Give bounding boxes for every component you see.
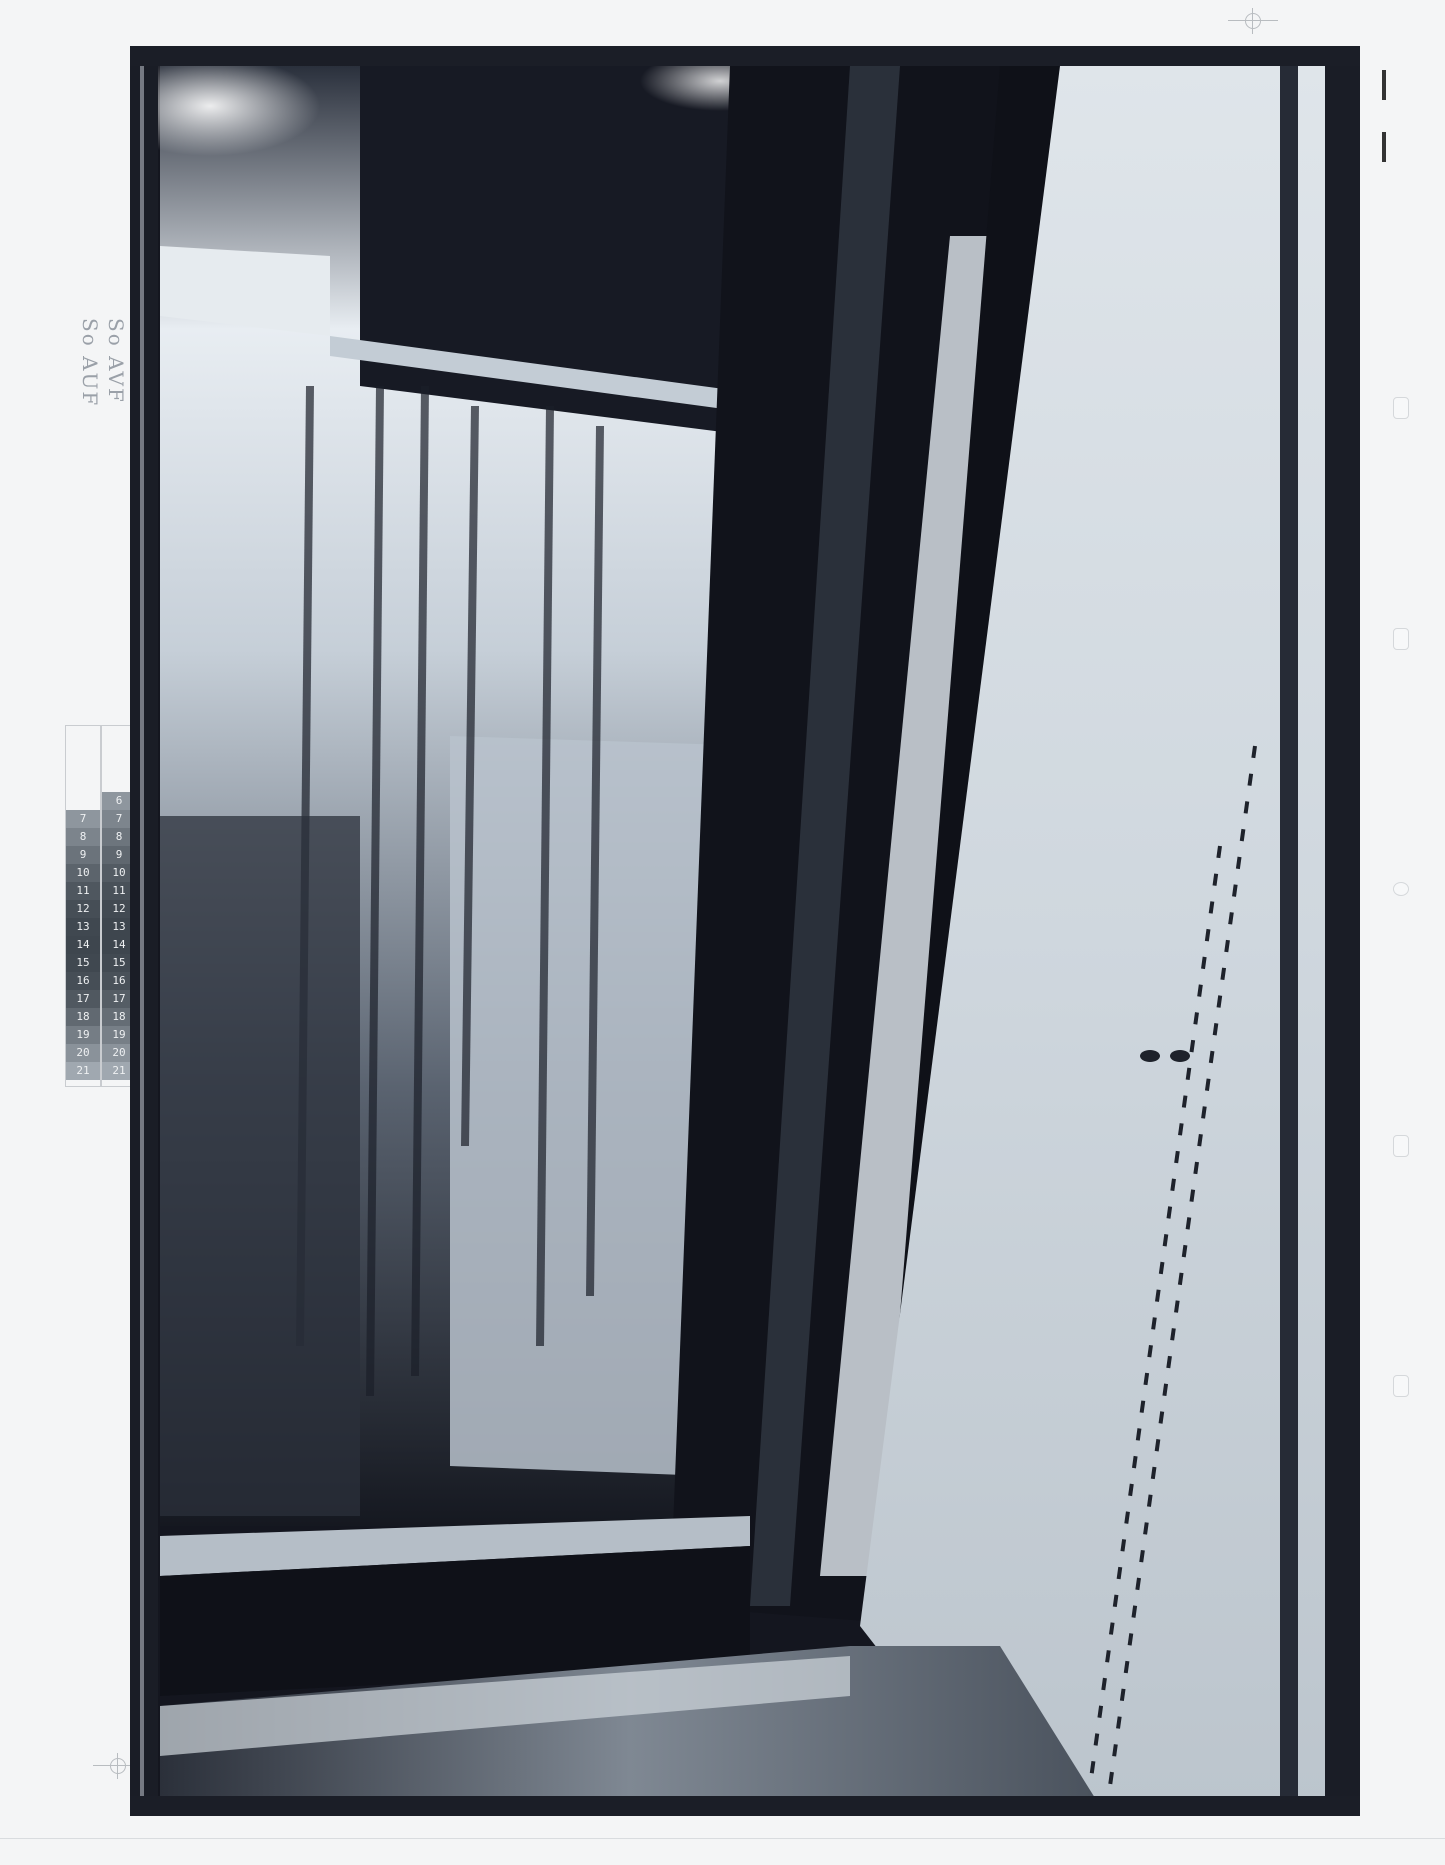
strip-cell: 21: [66, 1062, 100, 1080]
strip-cell: 8: [66, 828, 100, 846]
strip-cell: 16: [66, 972, 100, 990]
strip-cell: 15: [66, 954, 100, 972]
strip-cell: 13: [66, 918, 100, 936]
strip-cell: 19: [66, 1026, 100, 1044]
strip-cell: 14: [66, 936, 100, 954]
strip-cell: 9: [66, 846, 100, 864]
strip-cell: 10: [66, 864, 100, 882]
handwritten-note: So AVF: [104, 318, 128, 404]
strip-cell: 20: [66, 1044, 100, 1062]
strip-cell: 12: [66, 900, 100, 918]
punch-hole-icon: [1393, 628, 1409, 650]
handwritten-note: So AUF: [78, 318, 102, 407]
paper-fold-line: [0, 1838, 1445, 1839]
registration-mark-icon: [1245, 13, 1261, 29]
strip-cell: 18: [66, 1008, 100, 1026]
strip-cell: 11: [66, 882, 100, 900]
strip-cell: 7: [66, 810, 100, 828]
grayscale-control-strip: 789101112131415161718192021 678910111213…: [65, 725, 135, 1085]
strip-cell: 17: [66, 990, 100, 1008]
strip-column-left: 789101112131415161718192021: [65, 725, 101, 1087]
punch-hole-icon: [1393, 1135, 1409, 1157]
door-photograph: [130, 46, 1360, 1816]
punch-hole-icon: [1393, 1375, 1409, 1397]
edge-tick: [1382, 70, 1386, 100]
punch-hole-icon: [1393, 882, 1409, 896]
edge-tick: [1382, 132, 1386, 162]
punch-hole-icon: [1393, 397, 1409, 419]
registration-mark-icon: [110, 1758, 126, 1774]
